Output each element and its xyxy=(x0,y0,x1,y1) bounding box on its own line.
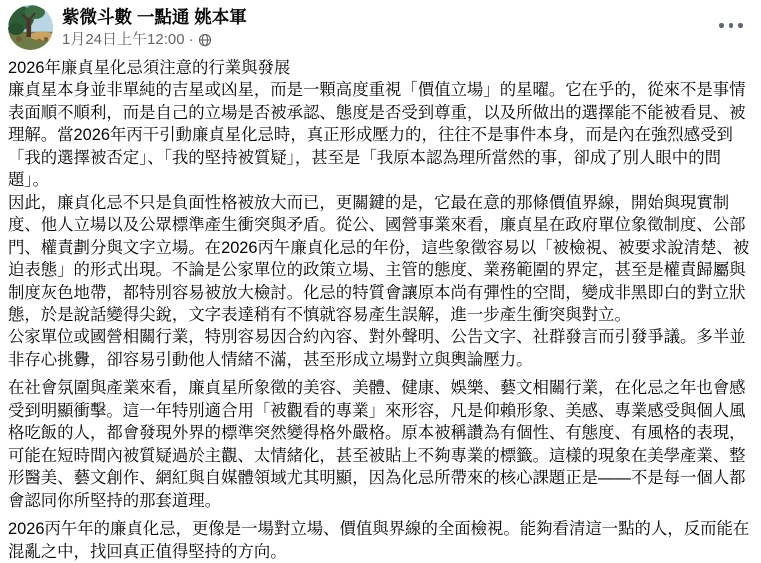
facebook-post: 紫微斗數 一點通 姚本軍 1月24日上午12:00 · 2026年廉貞星化忌須注… xyxy=(0,0,761,563)
author-name[interactable]: 紫微斗數 一點通 姚本軍 xyxy=(62,6,247,29)
page-avatar[interactable] xyxy=(8,5,53,50)
meta-separator: · xyxy=(189,30,194,50)
ellipsis-icon xyxy=(738,23,743,28)
post-header: 紫微斗數 一點通 姚本軍 1月24日上午12:00 · xyxy=(0,0,761,50)
post-paragraph-title: 2026年廉貞星化忌須注意的行業與發展 xyxy=(8,57,752,79)
post-paragraph: 在社會氛圍與產業來看，廉貞星所象徵的美容、美體、健康、娛樂、藝文相關行業，在化忌… xyxy=(8,377,752,512)
more-options-button[interactable] xyxy=(713,15,749,36)
ellipsis-icon xyxy=(719,23,724,28)
timestamp[interactable]: 1月24日上午12:00 xyxy=(62,30,185,50)
post-paragraph: 2026丙午年的廉貞化忌，更像是一場對立場、價值與界線的全面檢視。能夠看清這一點… xyxy=(8,518,752,563)
page-avatar-tree-landscape-painting xyxy=(8,5,53,50)
header-meta: 紫微斗數 一點通 姚本軍 1月24日上午12:00 · xyxy=(62,5,247,50)
ellipsis-icon xyxy=(729,23,734,28)
post-paragraph: 因此，廉貞化忌不只是負面性格被放大而已，更關鍵的是，它最在意的那條價值界線，開始… xyxy=(8,192,752,327)
post-meta-line: 1月24日上午12:00 · xyxy=(62,30,247,50)
post-content: 2026年廉貞星化忌須注意的行業與發展 廉貞星本身並非單純的吉星或凶星，而是一顆… xyxy=(0,50,761,563)
globe-icon xyxy=(198,33,212,47)
post-paragraph: 廉貞星本身並非單純的吉星或凶星，而是一顆高度重視「價值立場」的星曜。它在乎的，從… xyxy=(8,79,752,191)
post-paragraph: 公家單位或國營相關行業，特別容易因合約內容、對外聲明、公告文字、社群發言而引發爭… xyxy=(8,326,752,371)
